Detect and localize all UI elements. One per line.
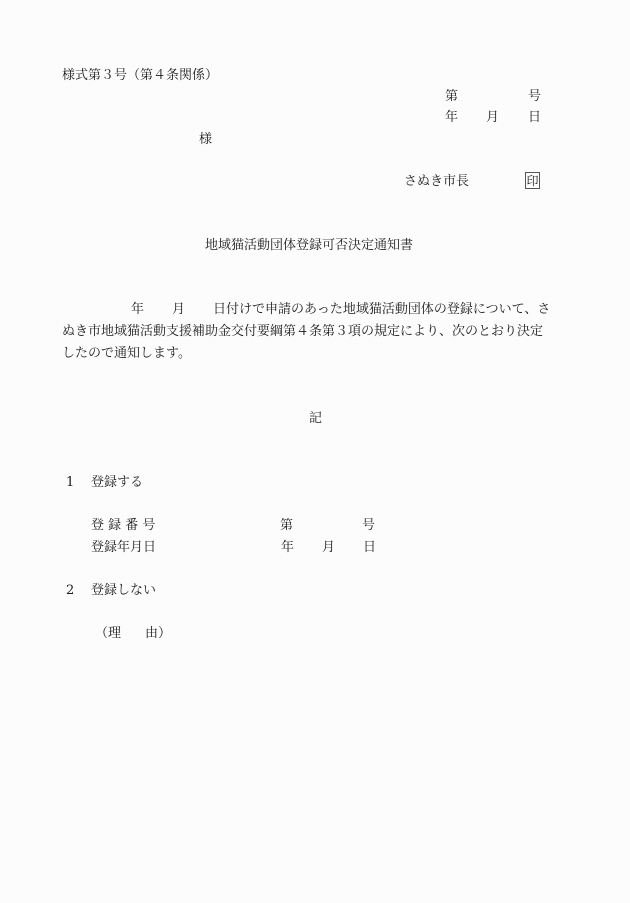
- section1-label: 登録する: [91, 475, 143, 491]
- section2-label: 登録しない: [91, 583, 156, 599]
- doc-date-month: 月: [486, 110, 499, 126]
- body-year: 年: [131, 302, 144, 318]
- addressee-suffix: 様: [199, 132, 212, 148]
- section1-number: 1: [66, 475, 74, 491]
- body-line3: したので通知します。: [62, 346, 191, 362]
- reg-date-label: 登録年月日: [91, 540, 156, 556]
- reg-number-suffix: 号: [362, 518, 375, 534]
- body-month: 月: [172, 302, 185, 318]
- reg-date-day: 日: [363, 540, 376, 556]
- reg-number-prefix: 第: [280, 518, 293, 534]
- reason-open: （理: [95, 626, 121, 642]
- doc-date-year: 年: [445, 110, 458, 126]
- reason-close: 由）: [145, 626, 171, 642]
- section2-number: 2: [66, 583, 74, 599]
- ki-heading: 記: [309, 411, 322, 427]
- issuer-name: さぬき市長: [404, 174, 469, 190]
- doc-number-prefix: 第: [445, 89, 458, 105]
- reg-date-year: 年: [281, 540, 294, 556]
- form-label: 様式第３号（第４条関係）: [62, 68, 218, 84]
- reg-date-month: 月: [322, 540, 335, 556]
- body-line2: ぬき市地域猫活動支援補助金交付要綱第４条第３項の規定により、次のとおり決定: [62, 324, 543, 340]
- body-line1: 日付けで申請のあった地域猫活動団体の登録について、さ: [213, 302, 550, 318]
- seal-mark: 印: [525, 172, 540, 189]
- doc-date-day: 日: [528, 110, 541, 126]
- doc-number-suffix: 号: [528, 89, 541, 105]
- reg-number-label: 登 録 番 号: [91, 518, 155, 534]
- document-title: 地域猫活動団体登録可否決定通知書: [205, 238, 413, 254]
